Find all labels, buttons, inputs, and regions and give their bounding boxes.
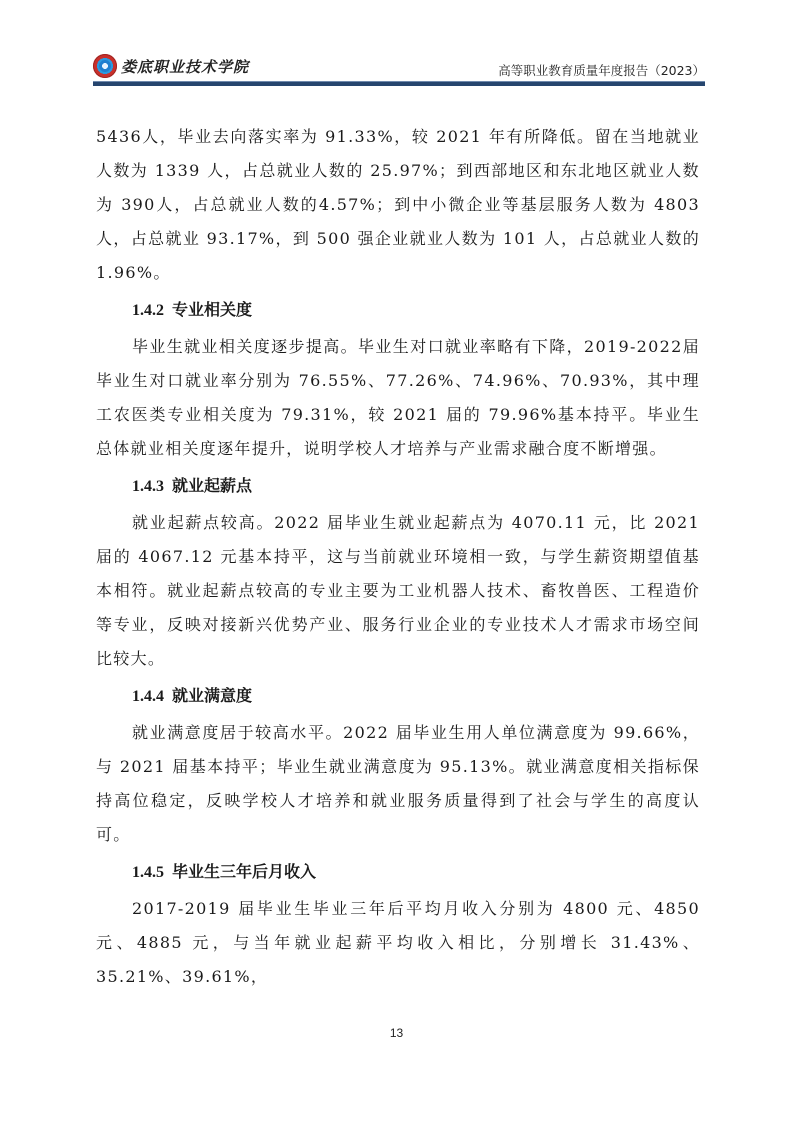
- section-heading-1-4-2: 1.4.2专业相关度: [96, 290, 700, 330]
- section-heading-1-4-5: 1.4.5毕业生三年后月收入: [96, 852, 700, 892]
- header-divider: [93, 81, 705, 86]
- school-emblem-icon: [93, 54, 117, 78]
- section-title: 毕业生三年后月收入: [172, 862, 316, 881]
- page-number: 13: [0, 1026, 793, 1040]
- page-header: 娄底职业技术学院 高等职业教育质量年度报告（2023）: [93, 52, 705, 82]
- section-heading-1-4-3: 1.4.3就业起薪点: [96, 466, 700, 506]
- section-paragraph-1-4-3: 就业起薪点较高。2022 届毕业生就业起薪点为 4070.11 元，比 2021…: [96, 506, 700, 676]
- intro-paragraph: 5436人，毕业去向落实率为 91.33%，较 2021 年有所降低。留在当地就…: [96, 120, 700, 290]
- document-body: 5436人，毕业去向落实率为 91.33%，较 2021 年有所降低。留在当地就…: [96, 120, 700, 994]
- section-heading-1-4-4: 1.4.4就业满意度: [96, 676, 700, 716]
- section-number: 1.4.4: [132, 688, 164, 705]
- section-number: 1.4.2: [132, 302, 164, 319]
- report-title: 高等职业教育质量年度报告（2023）: [498, 61, 705, 79]
- section-paragraph-1-4-5: 2017-2019 届毕业生毕业三年后平均月收入分别为 4800 元、4850 …: [96, 892, 700, 994]
- section-number: 1.4.3: [132, 478, 164, 495]
- section-title: 专业相关度: [172, 300, 252, 319]
- section-title: 就业满意度: [172, 686, 252, 705]
- section-number: 1.4.5: [132, 864, 164, 881]
- section-paragraph-1-4-4: 就业满意度居于较高水平。2022 届毕业生用人单位满意度为 99.66%，与 2…: [96, 716, 700, 852]
- section-paragraph-1-4-2: 毕业生就业相关度逐步提高。毕业生对口就业率略有下降，2019-2022届毕业生对…: [96, 330, 700, 466]
- section-title: 就业起薪点: [172, 476, 252, 495]
- school-name: 娄底职业技术学院: [121, 56, 249, 77]
